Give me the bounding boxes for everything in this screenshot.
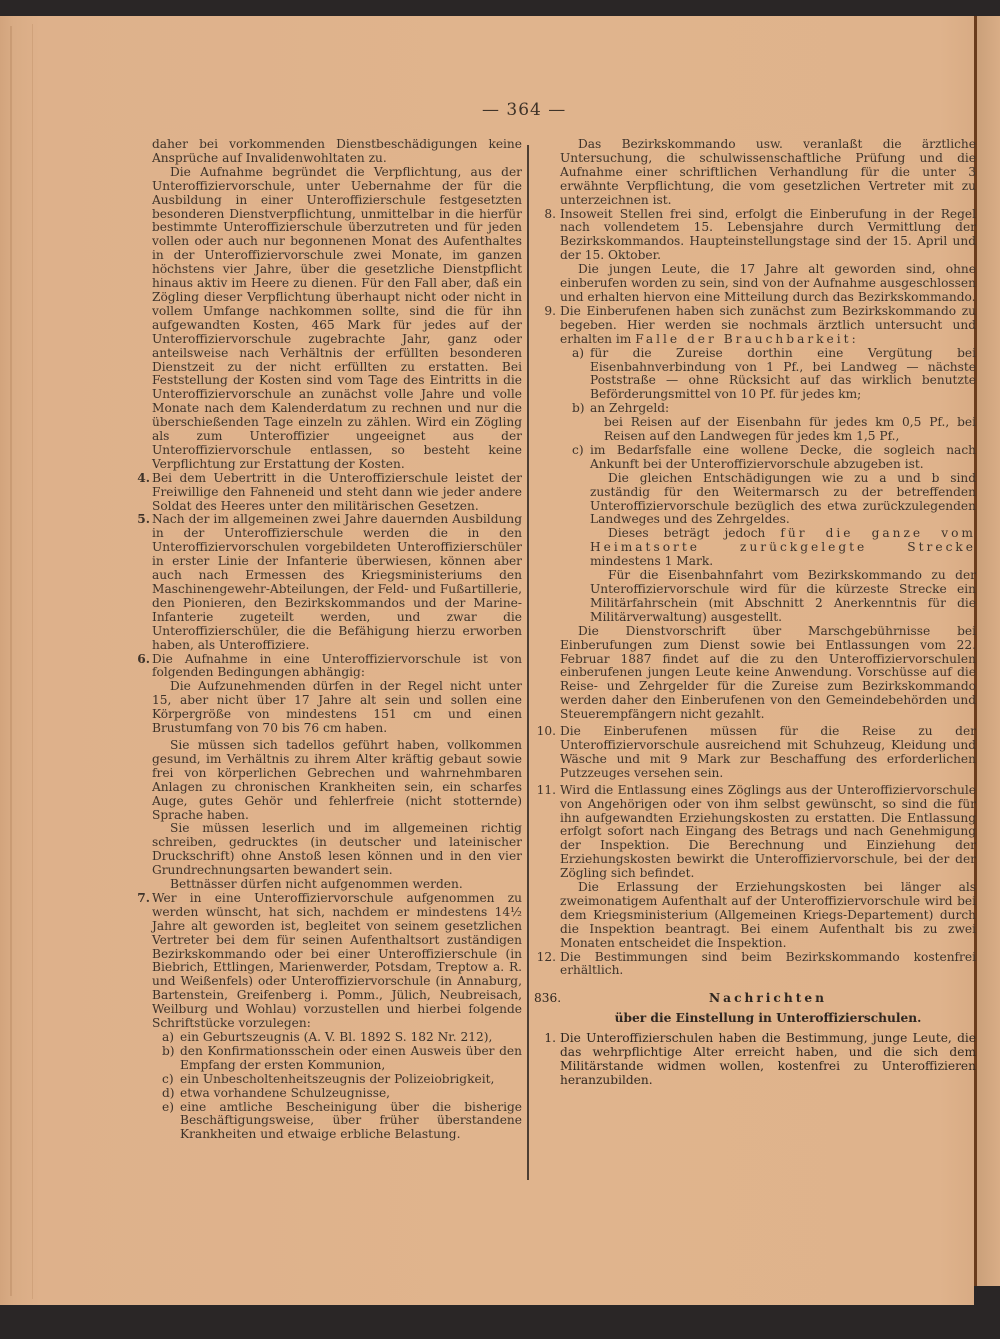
right-column: Das Bezirkskommando usw. veranlaßt die ä… bbox=[560, 138, 976, 1088]
document-e: e) eine amtliche Bescheinigung über die … bbox=[160, 1101, 522, 1143]
sub-item-a: a) für die Zureise dorthin eine Vergütun… bbox=[570, 347, 976, 403]
item-number: 4. bbox=[130, 472, 150, 486]
item-text: Die Einberufenen müssen für die Reise zu… bbox=[560, 725, 976, 781]
section-title: Nachrichten bbox=[709, 991, 827, 1005]
sub-item-b: b) an Zehrgeld: bei Reisen auf der Eisen… bbox=[570, 402, 976, 444]
section-heading: 836. Nachrichten bbox=[560, 992, 976, 1006]
sub-item-b-detail: bei Reisen auf der Eisenbahn für jedes k… bbox=[590, 416, 976, 444]
sub-item-c: c) im Bedarfsfalle eine wollene Decke, d… bbox=[570, 444, 976, 472]
document-c: c) ein Unbescholtenheitszeugnis der Poli… bbox=[160, 1073, 522, 1087]
page-number: — 364 — bbox=[482, 100, 566, 120]
underlying-page bbox=[977, 16, 1000, 1286]
item-5: 5. Nach der im allgemeinen zwei Jahre da… bbox=[152, 513, 522, 652]
item-6: 6. Die Aufnahme in eine Unteroffiziervor… bbox=[152, 653, 522, 892]
item-text: Die Aufnahme in eine Unteroffiziervorsch… bbox=[152, 653, 522, 681]
item-text: Bei dem Uebertritt in die Unteroffiziers… bbox=[152, 472, 522, 514]
section-number: 836. bbox=[534, 992, 561, 1006]
paragraph-age: Die Aufzunehmenden dürfen in der Regel n… bbox=[152, 680, 522, 736]
item-text: Insoweit Stellen frei sind, erfolgt die … bbox=[560, 208, 976, 264]
left-column: daher bei vorkommenden Dienstbeschädigun… bbox=[152, 138, 522, 1142]
paragraph-bedwetters: Bettnässer dürfen nicht aufgenommen werd… bbox=[152, 878, 522, 892]
item-10: 10. Die Einberufenen müssen für die Reis… bbox=[560, 725, 976, 781]
paragraph-medical: Das Bezirkskommando usw. veranlaßt die ä… bbox=[560, 138, 976, 208]
item-text: Die Einberufenen haben sich zunächst zum… bbox=[560, 305, 976, 347]
document-a: a) ein Geburtszeugnis (A. V. Bl. 1892 S.… bbox=[160, 1031, 522, 1045]
item-text: Wird die Entlassung eines Zöglings aus d… bbox=[560, 784, 976, 881]
paragraph-literacy: Sie müssen leserlich und im allgemeinen … bbox=[152, 822, 522, 878]
item-number: 10. bbox=[530, 725, 556, 739]
paragraph-same-compensation: Die gleichen Entschädigungen wie zu a un… bbox=[590, 472, 976, 528]
paragraph-minimum: Dieses beträgt jedoch für die ganze vom … bbox=[590, 527, 976, 569]
item-8: 8. Insoweit Stellen frei sind, erfolgt d… bbox=[560, 208, 976, 305]
item-11: 11. Wird die Entlassung eines Zöglings a… bbox=[560, 784, 976, 951]
item-number: 1. bbox=[530, 1032, 556, 1046]
paragraph-age-limit: Die jungen Leute, die 17 Jahre alt gewor… bbox=[560, 263, 976, 305]
item-9: 9. Die Einberufenen haben sich zunächst … bbox=[560, 305, 976, 722]
item-7: 7. Wer in eine Unteroffiziervorschule au… bbox=[152, 892, 522, 1142]
paragraph-continuation: daher bei vorkommenden Dienstbeschädigun… bbox=[152, 138, 522, 166]
item-text: Die Unteroffizierschulen haben die Besti… bbox=[560, 1032, 976, 1088]
paragraph-rail-ticket: Für die Eisenbahnfahrt vom Bezirkskomman… bbox=[590, 569, 976, 625]
item-number: 12. bbox=[530, 951, 556, 965]
item-number: 11. bbox=[530, 784, 556, 798]
item-9-continuation: Die gleichen Entschädigungen wie zu a un… bbox=[560, 472, 976, 625]
column-divider bbox=[527, 145, 529, 1180]
item-12: 12. Die Bestimmungen sind beim Bezirksko… bbox=[560, 951, 976, 979]
document-b: b) den Konfirmationsschein oder einen Au… bbox=[160, 1045, 522, 1073]
item-number: 5. bbox=[130, 513, 150, 527]
paragraph-waiver: Die Erlassung der Erziehungskosten bei l… bbox=[560, 881, 976, 951]
section-836-item-1: 1. Die Unteroffizierschulen haben die Be… bbox=[560, 1032, 976, 1088]
item-4: 4. Bei dem Uebertritt in die Unteroffizi… bbox=[152, 472, 522, 514]
item-text: Die Bestimmungen sind beim Bezirkskomman… bbox=[560, 951, 976, 979]
item-number: 7. bbox=[130, 892, 150, 906]
document-d: d) etwa vorhandene Schulzeugnisse, bbox=[160, 1087, 522, 1101]
paragraph-regulation: Die Dienstvorschrift über Marschgebührni… bbox=[560, 625, 976, 722]
paragraph-obligation: Die Aufnahme begründet die Verpflichtung… bbox=[152, 166, 522, 472]
paragraph-health: Sie müssen sich tadellos geführt haben, … bbox=[152, 739, 522, 822]
item-number: 8. bbox=[530, 208, 556, 222]
section-subtitle: über die Einstellung in Unteroffiziersch… bbox=[560, 1012, 976, 1026]
item-number: 6. bbox=[130, 653, 150, 667]
item-text: Nach der im allgemeinen zwei Jahre dauer… bbox=[152, 513, 522, 652]
item-number: 9. bbox=[530, 305, 556, 319]
item-text: Wer in eine Unteroffiziervorschule aufge… bbox=[152, 892, 522, 1031]
